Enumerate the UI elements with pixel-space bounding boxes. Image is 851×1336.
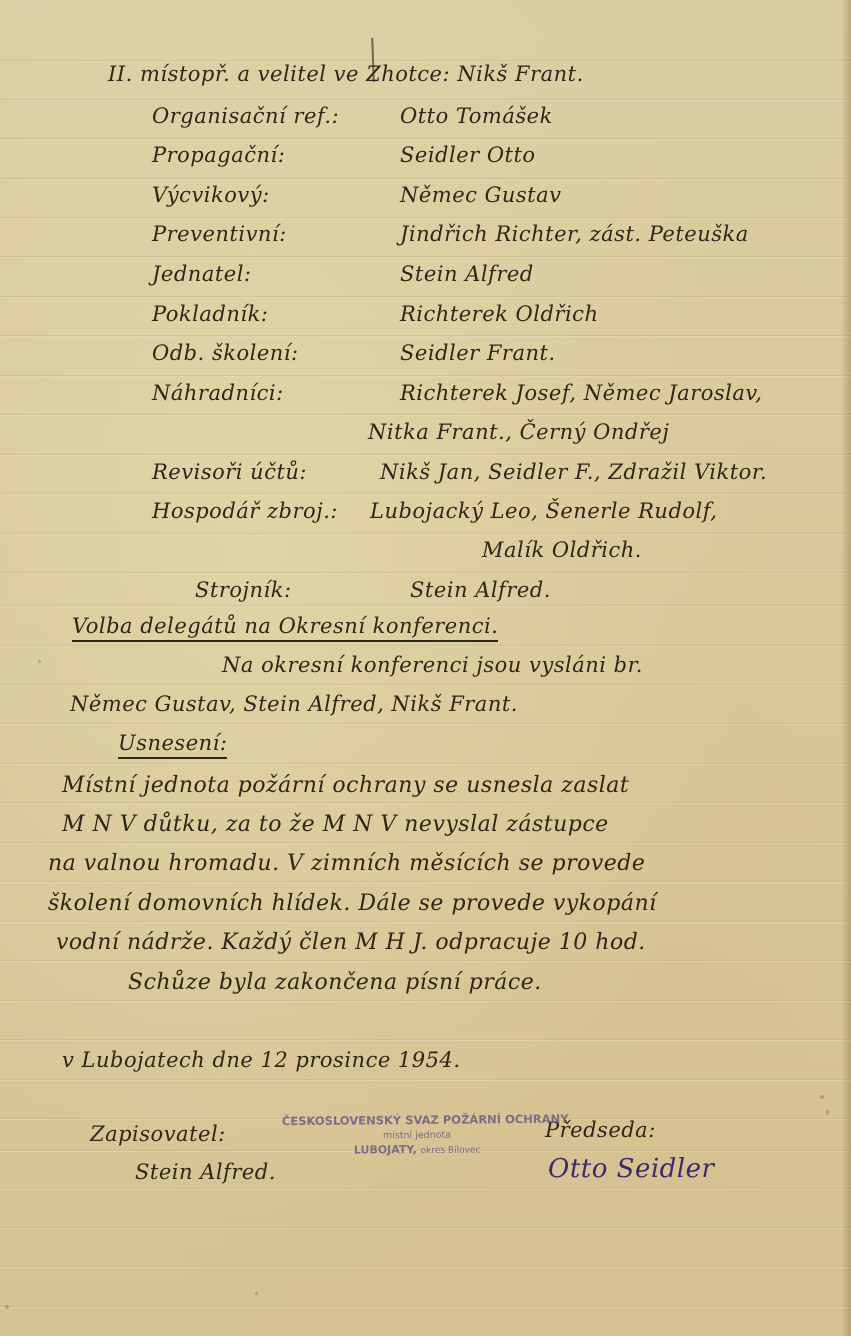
officer-name: Richterek Josef, Němec Jaroslav, [400,381,762,405]
officer-role: Výcvikový: [152,183,270,207]
officer-name-continuation: Nitka Frant., Černý Ondřej [368,420,669,444]
paper-speck [5,1305,9,1309]
stamp-line-3: LUBOJATY, okres Bílovec [282,1142,552,1157]
ruled-line [0,763,851,765]
recorder-label: Zapisovatel: [90,1122,226,1146]
delegates-names: Němec Gustav, Stein Alfred, Nikš Frant. [70,692,518,716]
resolution-line: Schůze byla zakončena písní práce. [128,970,542,995]
resolution-line: vodní nádrže. Každý člen M H J. odpracuj… [56,930,646,955]
ruled-line [0,1266,851,1268]
ruled-line [0,296,851,298]
ruled-line [0,684,851,686]
officer-role: Revisoři účtů: [152,460,307,484]
recorder-signature: Stein Alfred. [135,1160,276,1184]
ruled-line [0,217,851,219]
document-page: II. místopř. a velitel ve Zhotce: Nikš F… [0,0,851,1336]
officer-role: Strojník: [195,578,292,602]
officer-name: Stein Alfred [400,262,534,286]
ruled-line [0,723,851,725]
officer-name: Otto Tomášek [400,104,553,128]
ruled-line [0,645,851,647]
resolution-heading: Usnesení: [118,731,227,759]
stamp-line-2: místní jednota [282,1129,552,1142]
ruled-line [0,1000,851,1002]
ruled-line [0,178,851,180]
officer-name: Stein Alfred. [410,578,551,602]
paper-speck [255,1292,258,1295]
ruled-line [0,1039,851,1041]
officer-name: Seidler Frant. [400,341,556,365]
ruled-line [0,454,851,456]
ruled-line [0,960,851,962]
officer-role: Preventivní: [152,222,287,246]
delegates-intro: Na okresní konferenci jsou vysláni br. [222,653,643,677]
ruled-line [0,99,851,101]
ruled-line [0,881,851,883]
ruled-line [0,1306,851,1308]
resolution-line: školení domovních hlídek. Dále se proved… [48,891,657,916]
officer-role: Organisační ref.: [152,104,339,128]
ruled-line [0,572,851,574]
paper-speck [820,1095,824,1099]
officer-role: Náhradníci: [152,381,284,405]
ruled-line [0,921,851,923]
delegates-heading: Volba delegátů na Okresní konferenci. [72,614,498,642]
officer-name: Němec Gustav [400,183,561,207]
resolution-line: na valnou hromadu. V zimních měsících se… [48,851,645,876]
officer-role: Propagační: [152,143,285,167]
officer-role: Odb. školení: [152,341,299,365]
ruled-line [0,605,851,607]
officer-name: Lubojacký Leo, Šenerle Rudolf, [370,499,717,523]
officer-role: Jednatel: [152,262,252,286]
ruled-line [0,256,851,258]
ruled-line [0,802,851,804]
page-edge-shadow [841,0,851,1336]
stamp-line-1: ČESKOSLOVENSKÝ SVAZ POŽÁRNÍ OCHRANY [282,1112,552,1128]
header-line: II. místopř. a velitel ve Zhotce: Nikš F… [108,62,584,86]
ruled-line [0,1227,851,1229]
officer-name: Seidler Otto [400,143,536,167]
stamp-town: LUBOJATY, [354,1143,417,1157]
ruled-line [0,1079,851,1081]
ruled-line [0,414,851,416]
officer-name: Jindřich Richter, zást. Peteuška [400,222,749,246]
stamp-district: okres Bílovec [421,1145,481,1156]
officer-name: Richterek Oldřich [400,302,598,326]
officer-name: Nikš Jan, Seidler F., Zdražil Viktor. [380,460,767,484]
ruled-line [0,335,851,337]
chair-signature: Otto Seidler [548,1154,714,1184]
resolution-line: Místní jednota požární ochrany se usnesl… [62,773,629,798]
resolution-line: M N V důtku, za to že M N V nevyslal zás… [62,812,609,837]
officer-role: Hospodář zbroj.: [152,499,338,523]
ruled-line [0,375,851,377]
ruled-line [0,533,851,535]
officer-role: Pokladník: [152,302,268,326]
ruled-line [0,138,851,140]
officer-name-continuation: Malík Oldřich. [482,538,642,562]
ruled-line [0,493,851,495]
organization-stamp: ČESKOSLOVENSKÝ SVAZ POŽÁRNÍ OCHRANY míst… [282,1112,552,1157]
ruled-line [0,1188,851,1190]
paper-speck [38,660,41,663]
ruled-line [0,842,851,844]
place-date: v Lubojatech dne 12 prosince 1954. [62,1048,461,1072]
paper-speck [826,1110,829,1115]
